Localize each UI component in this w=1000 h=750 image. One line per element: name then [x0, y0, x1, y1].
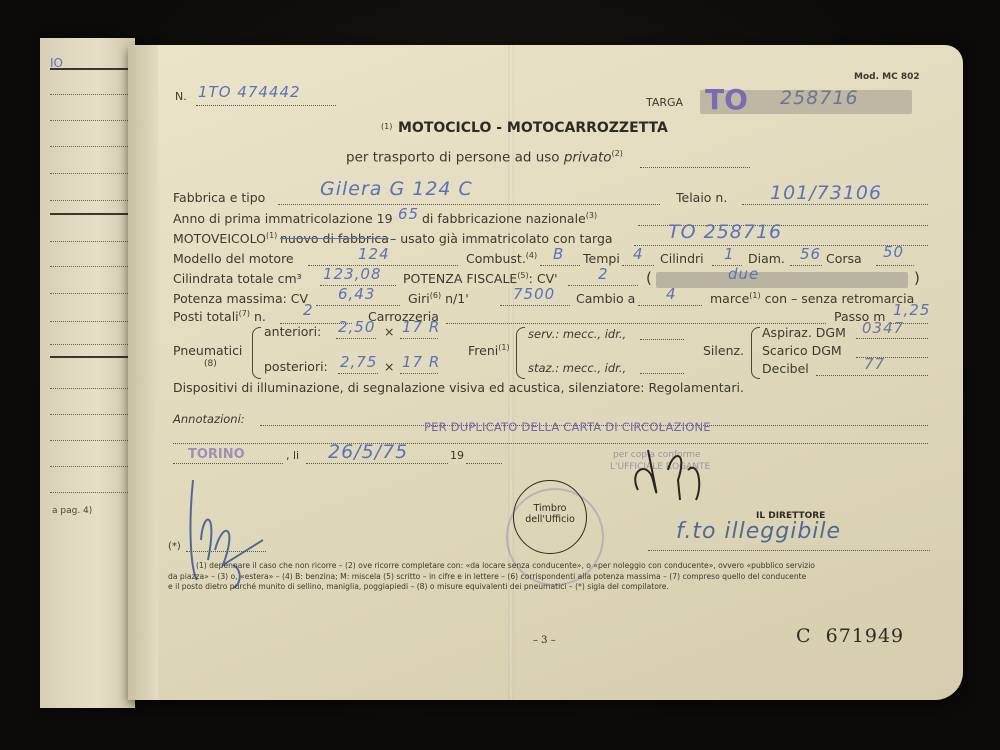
potenza-fiscale-label: POTENZA FISCALE(5): CV'	[403, 271, 558, 286]
freni-brace	[516, 327, 525, 379]
flap-line	[50, 146, 130, 147]
posti-value: 2	[303, 301, 314, 319]
place-stamp: TORINO	[188, 447, 245, 462]
flap-line	[50, 293, 130, 294]
staz-label: staz.: mecc., idr.,	[528, 361, 626, 375]
document-page: Mod. MC 802 N. 1TO 474442 TARGA TO 25871…	[128, 45, 963, 700]
date-value: 26/5/75	[328, 441, 408, 463]
official-signature-icon	[618, 430, 728, 510]
cambio-label: Cambio a	[576, 291, 635, 306]
cv-value: 2	[598, 265, 609, 283]
cilindrata-value: 123,08	[323, 265, 382, 283]
number-value: 1TO 474442	[198, 83, 301, 101]
anno-value: 65	[398, 205, 419, 223]
cv-words-value: due	[728, 265, 759, 283]
aspiraz-value: 0347	[862, 319, 904, 337]
usato-value: TO 258716	[668, 221, 782, 243]
director-signature: f.to illeggibile	[676, 519, 841, 544]
decibel-label: Decibel	[762, 361, 809, 376]
posteriori-value-2: 17 R	[402, 353, 440, 371]
title-note: (1)	[381, 122, 392, 131]
combust-value: B	[553, 245, 564, 263]
pneumatici-label: Pneumatici	[173, 343, 242, 358]
potenza-max-label: Potenza massima: CV	[173, 291, 308, 306]
flap-line	[50, 120, 130, 121]
motoveicolo-label: MOTOVEICOLO(1)	[173, 231, 277, 246]
decibel-value: 77	[864, 355, 885, 373]
giri-label: Giri(6) n/1'	[408, 291, 469, 306]
aspiraz-label: Aspiraz. DGM	[762, 325, 846, 340]
diam-value: 56	[800, 245, 821, 263]
modello-value: 124	[358, 245, 390, 263]
fabbricazione-label: di fabbricazione nazionale(3)	[422, 211, 597, 226]
pneumatici-note: (8)	[204, 359, 217, 369]
telaio-value: 101/73106	[770, 182, 882, 204]
flap-line	[50, 173, 130, 174]
footnote-line3: e il posto dietro purché munito di selli…	[168, 582, 815, 593]
flap-line	[50, 266, 130, 267]
number-label: N.	[175, 90, 187, 103]
center-fold	[508, 45, 514, 700]
cilindri-label: Cilindri	[660, 251, 704, 266]
corsa-label: Corsa	[826, 251, 862, 266]
tempi-label: Tempi	[583, 251, 620, 266]
flap-line	[50, 321, 130, 322]
flap-line	[50, 200, 130, 201]
flap-line	[50, 344, 130, 345]
tempi-value: 4	[633, 245, 644, 263]
footnote-line1: (1) depennare il caso che non ricorre – …	[168, 561, 815, 572]
usato-label: – usato già immatricolato con targa	[390, 231, 613, 246]
serv-label: serv.: mecc., idr.,	[528, 327, 626, 341]
posteriori-value-1: 2,75	[340, 353, 377, 371]
targa-value: 258716	[780, 87, 859, 109]
fabbrica-label: Fabbrica e tipo	[173, 190, 265, 205]
flap-line	[50, 68, 130, 70]
marce-label: marce(1) con – senza retromarcia	[710, 291, 914, 306]
flap-line	[50, 356, 130, 358]
targa-label: TARGA	[646, 96, 683, 109]
page-title: MOTOCICLO - MOTOCARROZZETTA	[398, 120, 668, 136]
stamp-line2: dell'Ufficio	[514, 514, 586, 525]
nuovo-strikethrough: nuovo di fabbrica	[280, 231, 389, 246]
flap-line	[50, 492, 130, 493]
subtitle: per trasporto di persone ad uso privato(…	[346, 149, 623, 166]
office-stamp-circle: Timbro dell'Ufficio	[513, 480, 587, 554]
serial-number: C 671949	[796, 625, 904, 647]
potenza-max-value: 6,43	[338, 285, 375, 303]
scarico-label: Scarico DGM	[762, 343, 842, 358]
diam-label: Diam.	[748, 251, 785, 266]
flap-line	[50, 241, 130, 242]
modello-label: Modello del motore	[173, 251, 294, 266]
stamp-line1: Timbro	[514, 503, 586, 514]
dispositivi-text: Dispositivi di illuminazione, di segnala…	[173, 380, 744, 395]
corsa-value: 50	[883, 243, 904, 261]
silenz-brace	[751, 327, 760, 379]
anteriori-value-1: 2,50	[338, 318, 375, 336]
flap-line	[50, 440, 130, 441]
flap-line	[50, 94, 130, 95]
folded-flap: IO a pag. 4)	[40, 38, 135, 708]
flap-line	[50, 414, 130, 415]
cilindri-value: 1	[724, 245, 735, 263]
silenz-label: Silenz.	[703, 343, 744, 358]
passo-value: 1,25	[893, 301, 930, 319]
combust-label: Combust.(4)	[466, 251, 537, 266]
anno-label: Anno di prima immatricolazione 19	[173, 211, 393, 226]
page-spine	[128, 45, 158, 700]
footnote-line2: da piazza» – (3) o, «estera» – (4) B: be…	[168, 572, 815, 583]
telaio-label: Telaio n.	[676, 190, 727, 205]
cv-words-box	[656, 272, 908, 288]
pneumatici-brace	[252, 327, 261, 379]
flap-line	[50, 388, 130, 389]
footnotes: (1) depennare il caso che non ricorre – …	[168, 561, 815, 593]
anteriori-value-2: 17 R	[402, 318, 440, 336]
freni-label: Freni(1)	[468, 343, 510, 358]
targa-stamp: TO	[705, 83, 748, 116]
cilindrata-label: Cilindrata totale cm³	[173, 271, 302, 286]
model-code: Mod. MC 802	[854, 72, 920, 82]
compiler-mark: (*)	[168, 541, 181, 552]
annotazioni-label: Annotazioni:	[173, 412, 245, 426]
page-number: – 3 –	[533, 635, 556, 646]
fabbrica-value: Gilera G 124 C	[320, 178, 473, 200]
flap-bottom-text: a pag. 4)	[52, 506, 92, 516]
posteriori-label: posteriori:	[264, 359, 328, 374]
posti-label: Posti totali(7) n.	[173, 309, 266, 324]
flap-line	[50, 213, 130, 215]
flap-line	[50, 466, 130, 467]
cambio-value: 4	[666, 285, 677, 303]
anteriori-label: anteriori:	[264, 324, 321, 339]
giri-value: 7500	[513, 285, 555, 303]
